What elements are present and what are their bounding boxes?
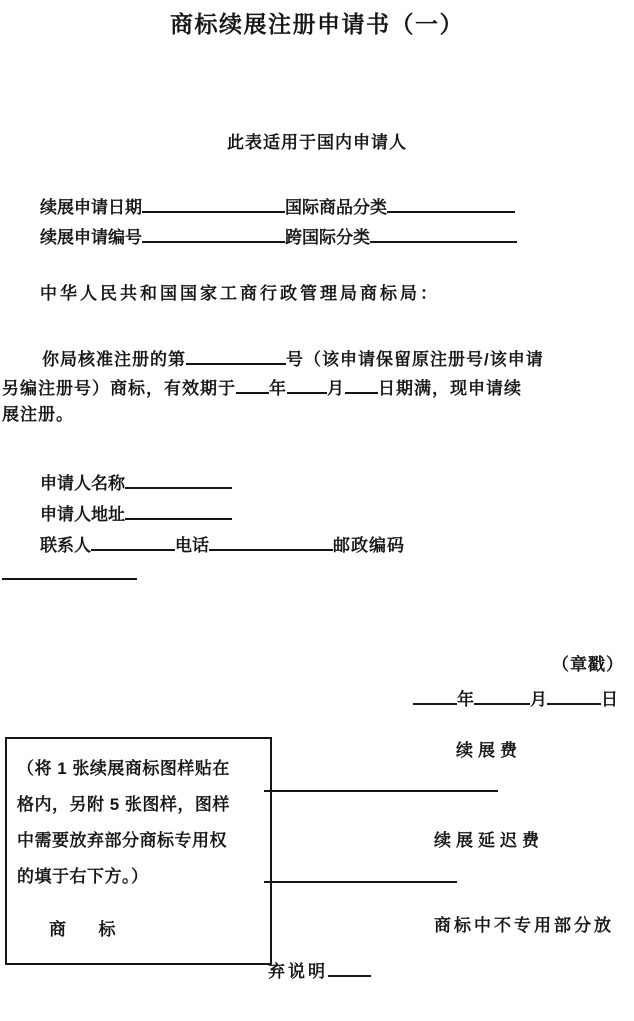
disclaimer-line-1: 商标中不专用部分放 bbox=[434, 915, 614, 937]
renewal-no-row: 续展申请编号跨国际分类 bbox=[40, 224, 517, 249]
postal-label: 邮政编码 bbox=[333, 536, 405, 555]
renewal-no-label: 续展申请编号 bbox=[40, 228, 142, 247]
seal-year-label: 年 bbox=[457, 690, 474, 709]
renewal-fee-label: 续展费 bbox=[456, 740, 522, 762]
body-line-2-pre: 另编注册号）商标，有效期于 bbox=[2, 379, 236, 398]
applicant-name-label: 申请人名称 bbox=[40, 474, 125, 493]
body-line-1: 你局核准注册的第号（该申请保留原注册号/该申请 bbox=[42, 346, 544, 371]
seal-date-row: 年月日 bbox=[413, 686, 618, 711]
applicant-address-row: 申请人地址 bbox=[40, 501, 232, 526]
intl-class-label: 国际商品分类 bbox=[285, 198, 387, 217]
reg-no-blank bbox=[186, 346, 286, 365]
cross-class-label: 跨国际分类 bbox=[285, 228, 370, 247]
cross-class-blank bbox=[370, 224, 517, 243]
body-line-1-post: 号（该申请保留原注册号/该申请 bbox=[286, 350, 544, 369]
disclaimer-blank bbox=[328, 958, 371, 977]
seal-month-blank bbox=[474, 686, 530, 705]
phone-label: 电话 bbox=[175, 536, 209, 555]
phone-blank bbox=[209, 532, 333, 551]
seal-month-label: 月 bbox=[530, 690, 547, 709]
trademark-box: （将 1 张续展商标图样贴在 格内，另附 5 张图样，图样 中需要放弃部分商标专… bbox=[5, 737, 272, 965]
late-fee-blank-line bbox=[264, 863, 457, 883]
renewal-date-row: 续展申请日期国际商品分类 bbox=[40, 194, 515, 219]
trademark-label-left: 商 bbox=[49, 920, 67, 939]
trademark-label: 商标 bbox=[49, 915, 116, 940]
disclaimer-line-2: 弃说明 bbox=[268, 958, 371, 983]
disclaimer-line-2-label: 弃说明 bbox=[268, 962, 328, 981]
contact-blank bbox=[91, 532, 175, 551]
applicant-address-label: 申请人地址 bbox=[40, 505, 125, 524]
expiry-month-blank bbox=[287, 375, 327, 394]
applicant-name-row: 申请人名称 bbox=[40, 470, 232, 495]
seal-day-label: 日 bbox=[601, 690, 618, 709]
postal-blank-continuation bbox=[2, 560, 137, 580]
box-note-line-2: 格内，另附 5 张图样，图样 bbox=[17, 787, 270, 823]
renewal-no-blank bbox=[142, 224, 285, 243]
applicant-name-blank bbox=[125, 470, 232, 489]
expiry-day-blank bbox=[345, 375, 378, 394]
seal-year-blank bbox=[413, 686, 457, 705]
box-note-line-3: 中需要放弃部分商标专用权 bbox=[17, 823, 270, 859]
contact-label: 联系人 bbox=[40, 536, 91, 555]
contact-row: 联系人电话邮政编码 bbox=[40, 532, 405, 557]
applicant-address-blank bbox=[125, 501, 232, 520]
doc-title: 商标续展注册申请书（一） bbox=[0, 10, 634, 38]
seal-day-blank bbox=[547, 686, 601, 705]
box-note-line-1: （将 1 张续展商标图样贴在 bbox=[17, 751, 270, 787]
application-form-page: 商标续展注册申请书（一） 此表适用于国内申请人 续展申请日期国际商品分类 续展申… bbox=[0, 0, 634, 1021]
body-line-2-tail: 日期满，现申请续 bbox=[378, 379, 522, 398]
renewal-date-label: 续展申请日期 bbox=[40, 198, 142, 217]
late-fee-label: 续展延迟费 bbox=[434, 830, 544, 852]
body-line-1-pre: 你局核准注册的第 bbox=[42, 350, 186, 369]
renewal-fee-blank-line bbox=[264, 772, 498, 792]
body-line-2: 另编注册号）商标，有效期于年月日期满，现申请续 bbox=[2, 375, 522, 400]
expiry-year-label: 年 bbox=[269, 379, 287, 398]
expiry-month-label: 月 bbox=[327, 379, 345, 398]
salutation: 中华人民共和国国家工商行政管理局商标局： bbox=[40, 283, 440, 305]
box-note-line-4: 的填于右下方。） bbox=[17, 859, 270, 895]
expiry-year-blank bbox=[236, 375, 269, 394]
doc-subtitle: 此表适用于国内申请人 bbox=[0, 132, 634, 154]
seal-stamp-label: （章戳） bbox=[552, 654, 624, 676]
intl-class-blank bbox=[387, 194, 515, 213]
body-line-3: 展注册。 bbox=[2, 404, 74, 426]
renewal-date-blank bbox=[142, 194, 285, 213]
trademark-label-right: 标 bbox=[99, 920, 117, 939]
